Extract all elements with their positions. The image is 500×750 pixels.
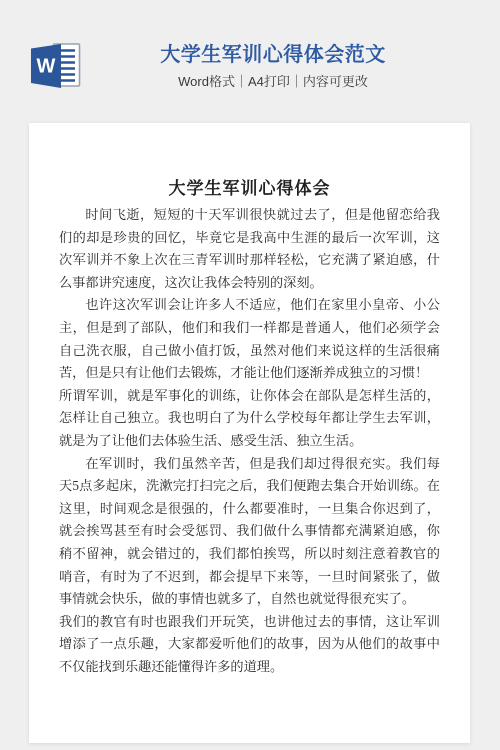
header: W 大学生军训心得体会范文 Word格式｜A4打印｜内容可更改 bbox=[0, 0, 500, 123]
format-info: Word格式｜A4打印｜内容可更改 bbox=[46, 73, 500, 90]
document-paragraph: 所谓军训，就是军事化的训练，让你体会在部队是怎样生活的，怎样让自己独立。我也明白… bbox=[59, 385, 440, 453]
document-paragraph: 我们的教官有时也跟我们开玩笑，也讲他过去的事情，这让军训增添了一点乐趣，大家都爱… bbox=[59, 611, 440, 679]
document-paragraph: 也许这次军训会让许多人不适应，他们在家里小皇帝、小公主，但是到了部队，他们和我们… bbox=[59, 294, 440, 384]
document-paragraph: 时间飞逝，短短的十天军训很快就过去了，但是他留恋给我们的却是珍贵的回忆，毕竟它是… bbox=[59, 204, 440, 294]
document-preview-page: 大学生军训心得体会 时间飞逝，短短的十天军训很快就过去了，但是他留恋给我们的却是… bbox=[29, 123, 470, 743]
document-body: 时间飞逝，短短的十天军训很快就过去了，但是他留恋给我们的却是珍贵的回忆，毕竟它是… bbox=[59, 204, 440, 678]
header-text-block: 大学生军训心得体会范文 Word格式｜A4打印｜内容可更改 bbox=[46, 42, 500, 90]
preview-screen: { "colors": { "background": "#efeff0", "… bbox=[0, 0, 500, 750]
document-title: 大学生军训心得体会 bbox=[59, 177, 440, 201]
document-paragraph: 在军训时，我们虽然辛苦，但是我们却过得很充实。我们每天5点多起床，洗漱完打扫完之… bbox=[59, 453, 440, 611]
page-title: 大学生军训心得体会范文 bbox=[46, 42, 500, 68]
